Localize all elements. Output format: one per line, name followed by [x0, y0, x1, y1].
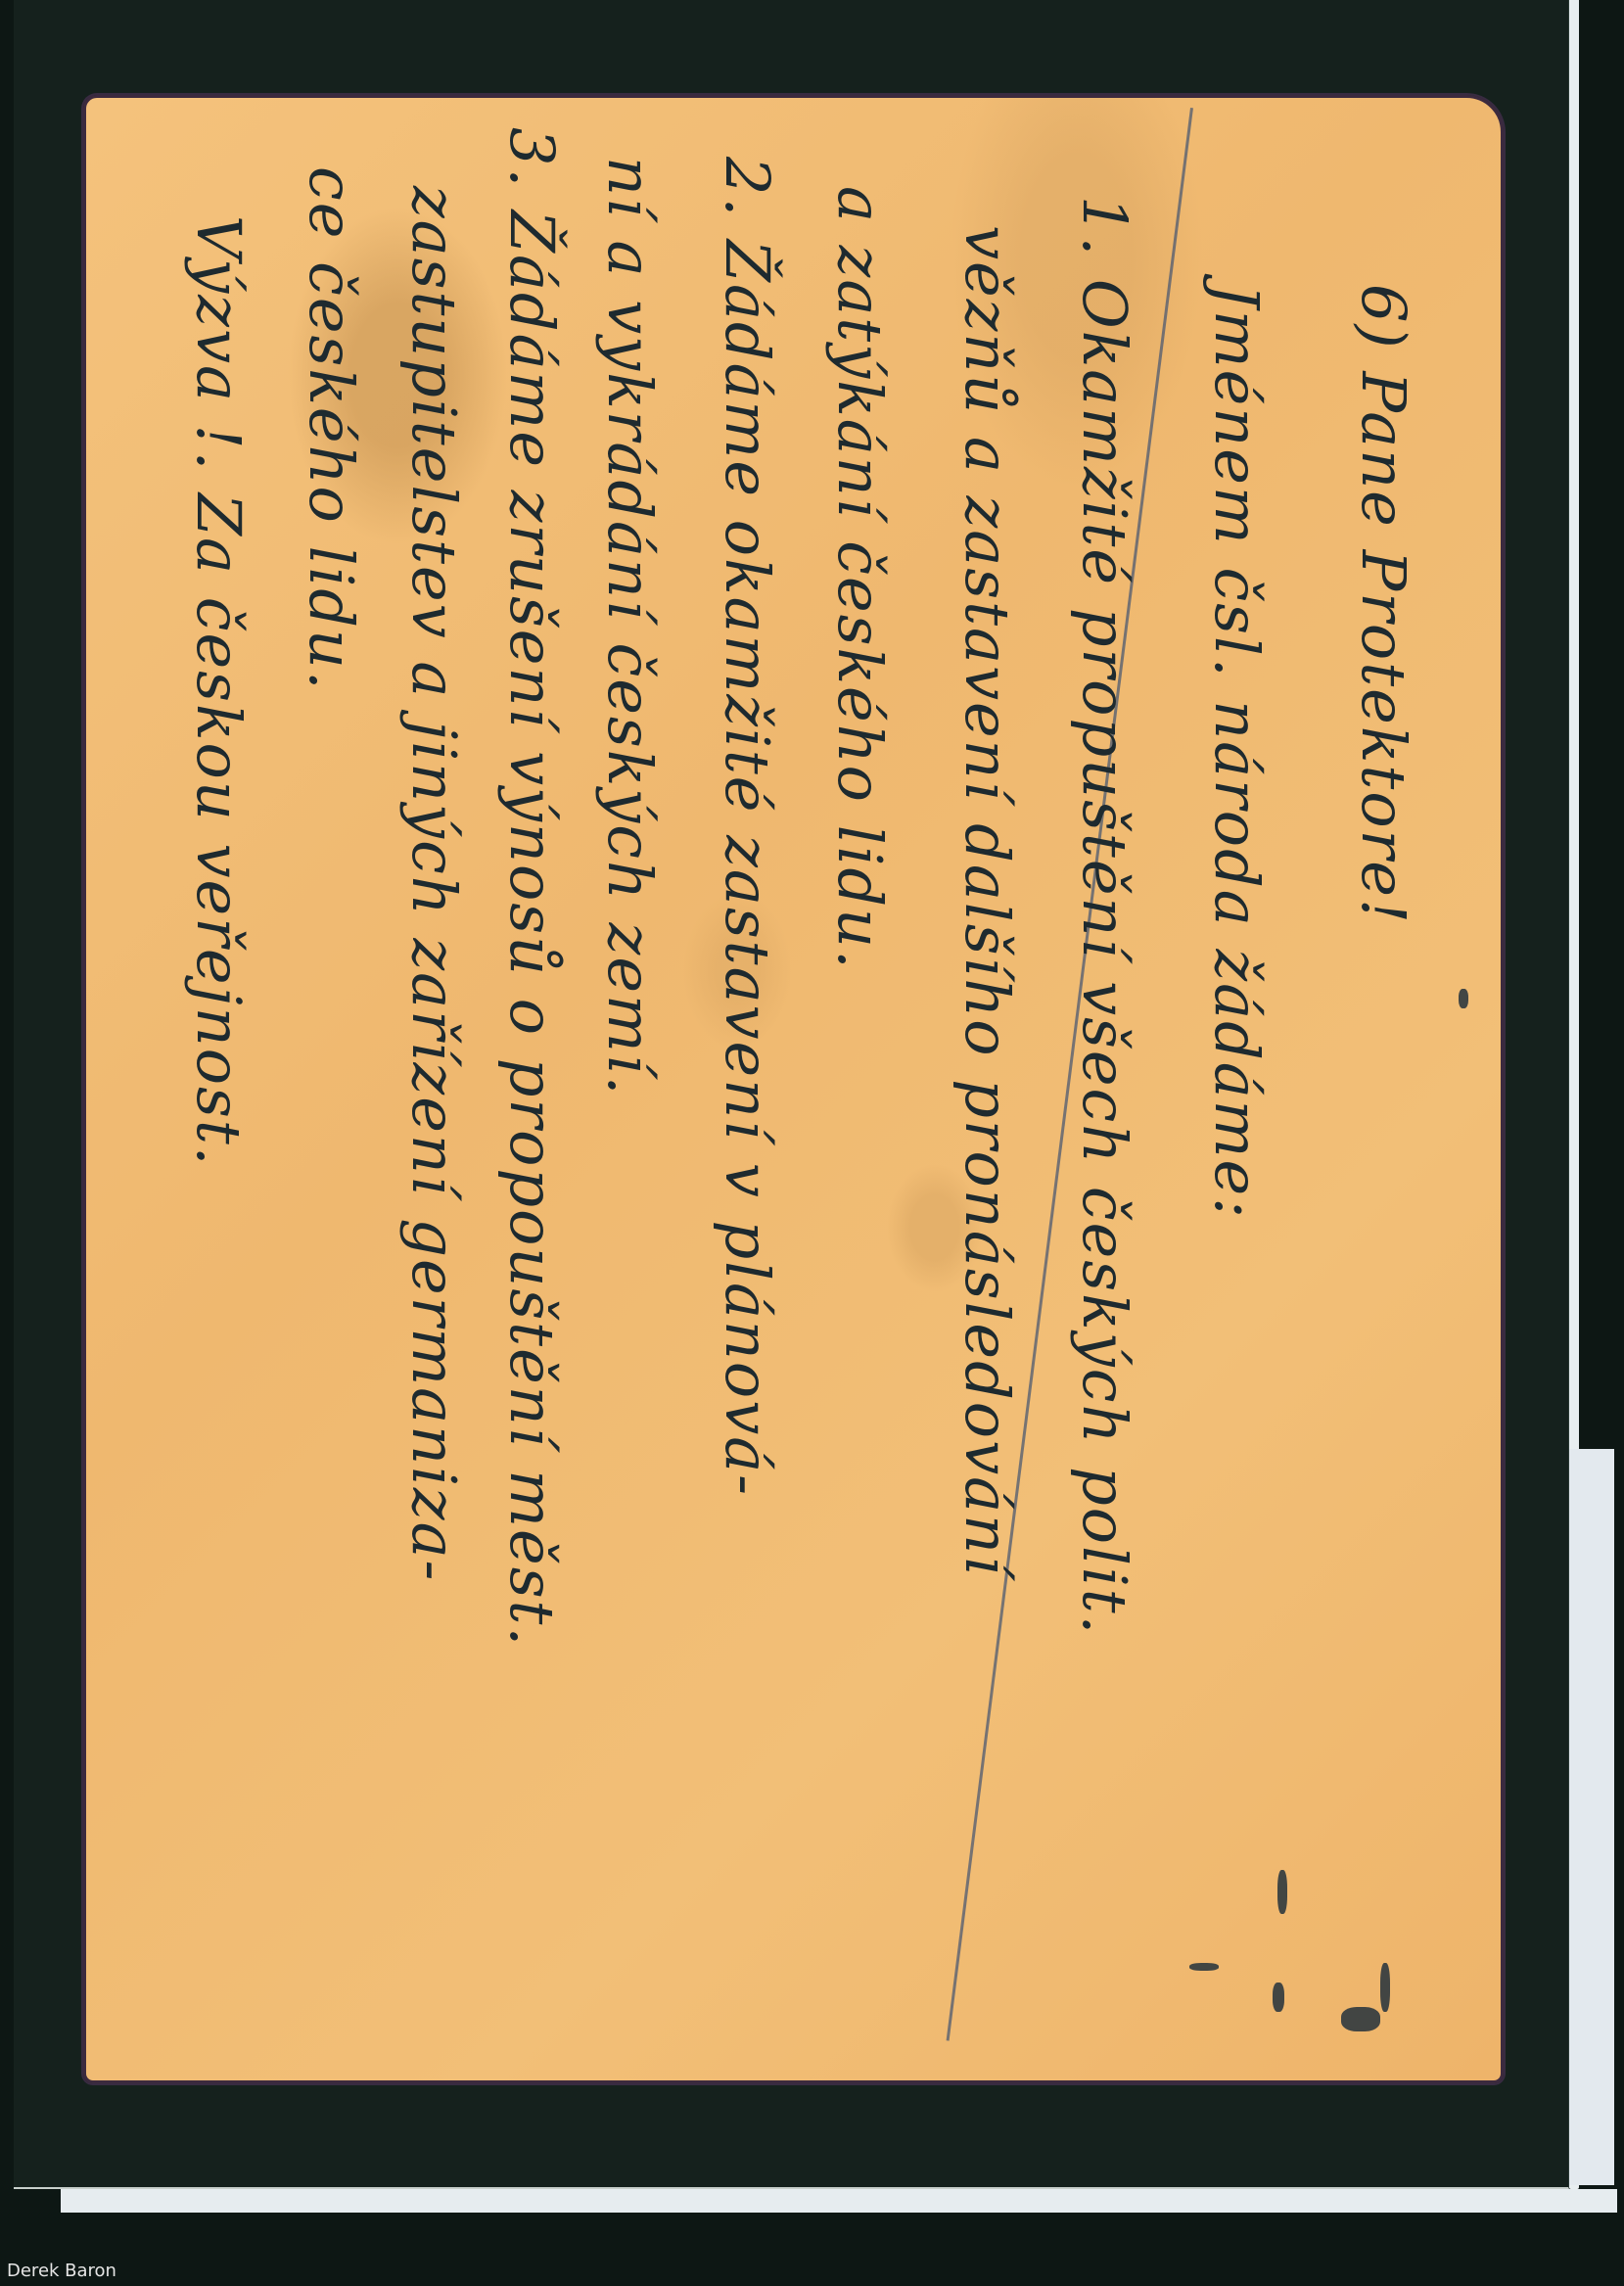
- text-line-greeting: 6) Pane Protektore!: [1348, 284, 1419, 925]
- ink-smudge: [1277, 1870, 1287, 1914]
- text-line-5: a zatýkání českého lidu.: [824, 186, 896, 971]
- text-line-7: ní a vykrádání českých zemí.: [594, 157, 666, 1096]
- ink-smudge: [1380, 1963, 1390, 2012]
- ink-smudge: [1459, 989, 1468, 1008]
- ink-smudge: [1341, 2007, 1380, 2031]
- text-line-demand-3: 3. Žádáme zrušení výnosů o propouštění m…: [496, 127, 568, 1648]
- text-line-9: zastupitelstev a jiných zařízení germani…: [398, 186, 470, 1582]
- ink-smudge: [1189, 1963, 1219, 1971]
- watermark: Derek Baron: [7, 2261, 116, 2281]
- white-paper-strip-right-lower: [1569, 1449, 1614, 2185]
- ink-smudge: [1273, 1983, 1284, 2012]
- text-line-2: Jménem čsl. národa žádáme:: [1201, 284, 1273, 1220]
- text-line-4: vězňů a zastavení dalšího pronásledování: [951, 225, 1023, 1577]
- text-line-closing: Výzva !. Za českou veřejnost.: [183, 215, 255, 1167]
- white-paper-strip-bottom: [61, 2189, 1617, 2213]
- text-line-demand-2: 2. Žádáme okamžité zastavení v plánová-: [712, 157, 783, 1497]
- text-line-demand-1: 1. Okamžité propuštění všech českých pol…: [1069, 196, 1140, 1636]
- text-line-10: ce českého lidu.: [296, 166, 367, 692]
